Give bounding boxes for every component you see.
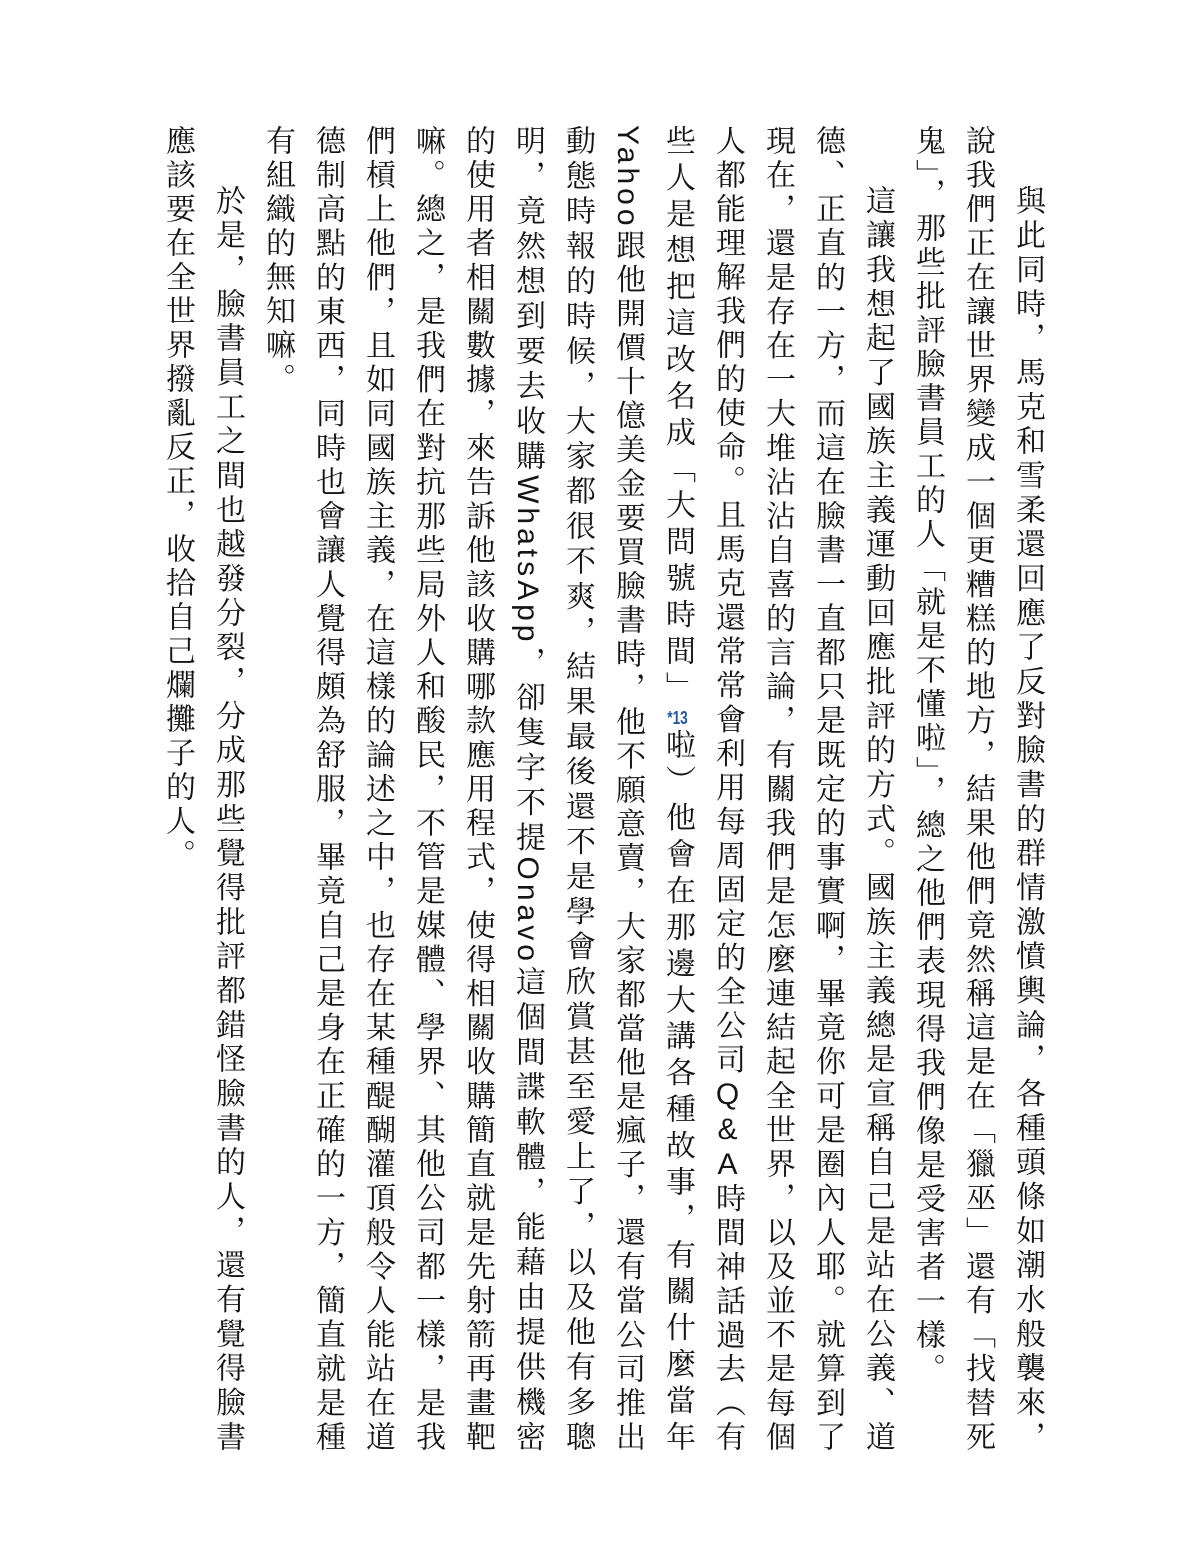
paragraph: 於是，臉書員工之間也越發分裂，分成那些覺得批評都錯怪臉書的人，還有覺得臉書應該要… <box>152 125 252 1455</box>
paragraph: 這讓我想起了國族主義運動回應批評的方式。國族主義總是宣稱自己是站在公義、道德、正… <box>252 125 902 1455</box>
footnote-ref-13[interactable]: *13 <box>667 708 688 729</box>
latin-upright-text: Q&A <box>711 1078 744 1183</box>
text-run: 於是，臉書員工之間也越發分裂，分成那些覺得批評都錯怪臉書的人，還有覺得臉書應該要… <box>161 125 244 1455</box>
text-run: 與此同時，馬克和雪柔還回應了反對臉書的群情激憤輿論，各種頭條如潮水般襲來，說我們… <box>911 125 1044 1455</box>
article-text: 與此同時，馬克和雪柔還回應了反對臉書的群情激憤輿論，各種頭條如潮水般襲來，說我們… <box>196 125 1052 1455</box>
book-page: 與此同時，馬克和雪柔還回應了反對臉書的群情激憤輿論，各種頭條如潮水般襲來，說我們… <box>0 0 1200 1553</box>
paragraph: 與此同時，馬克和雪柔還回應了反對臉書的群情激憤輿論，各種頭條如潮水般襲來，說我們… <box>902 125 1052 1455</box>
text-run: 啦）他會在那邊大講各種故事，有關什麼當年Yahoo跟他開價十億美金要買臉書時，他… <box>261 125 694 1455</box>
